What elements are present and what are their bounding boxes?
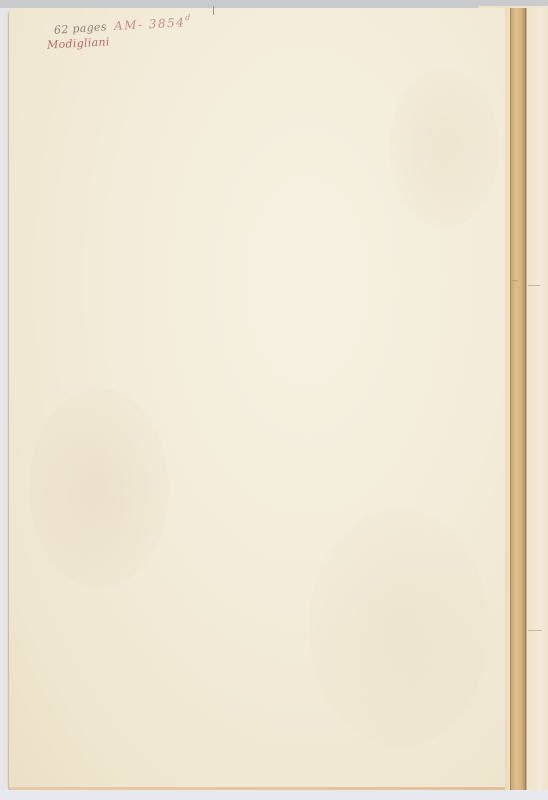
- binding-spine-strip: [510, 8, 526, 790]
- scanner-bottom-margin: [0, 790, 548, 800]
- paper-stain: [389, 68, 499, 228]
- paper-stain: [309, 508, 489, 748]
- scanned-page: 62 pages AM- 3854d Modigliani: [0, 0, 548, 800]
- spine-tear: [528, 630, 542, 631]
- spine-tear: [512, 280, 518, 281]
- spine-tear: [528, 285, 540, 286]
- edge-tick-mark: [213, 6, 214, 15]
- back-cover: [9, 8, 505, 790]
- scanner-top-margin: [0, 0, 548, 8]
- spine-outer-edge: [526, 8, 548, 790]
- paper-stain: [29, 388, 169, 588]
- call-number-suffix: d: [185, 13, 192, 22]
